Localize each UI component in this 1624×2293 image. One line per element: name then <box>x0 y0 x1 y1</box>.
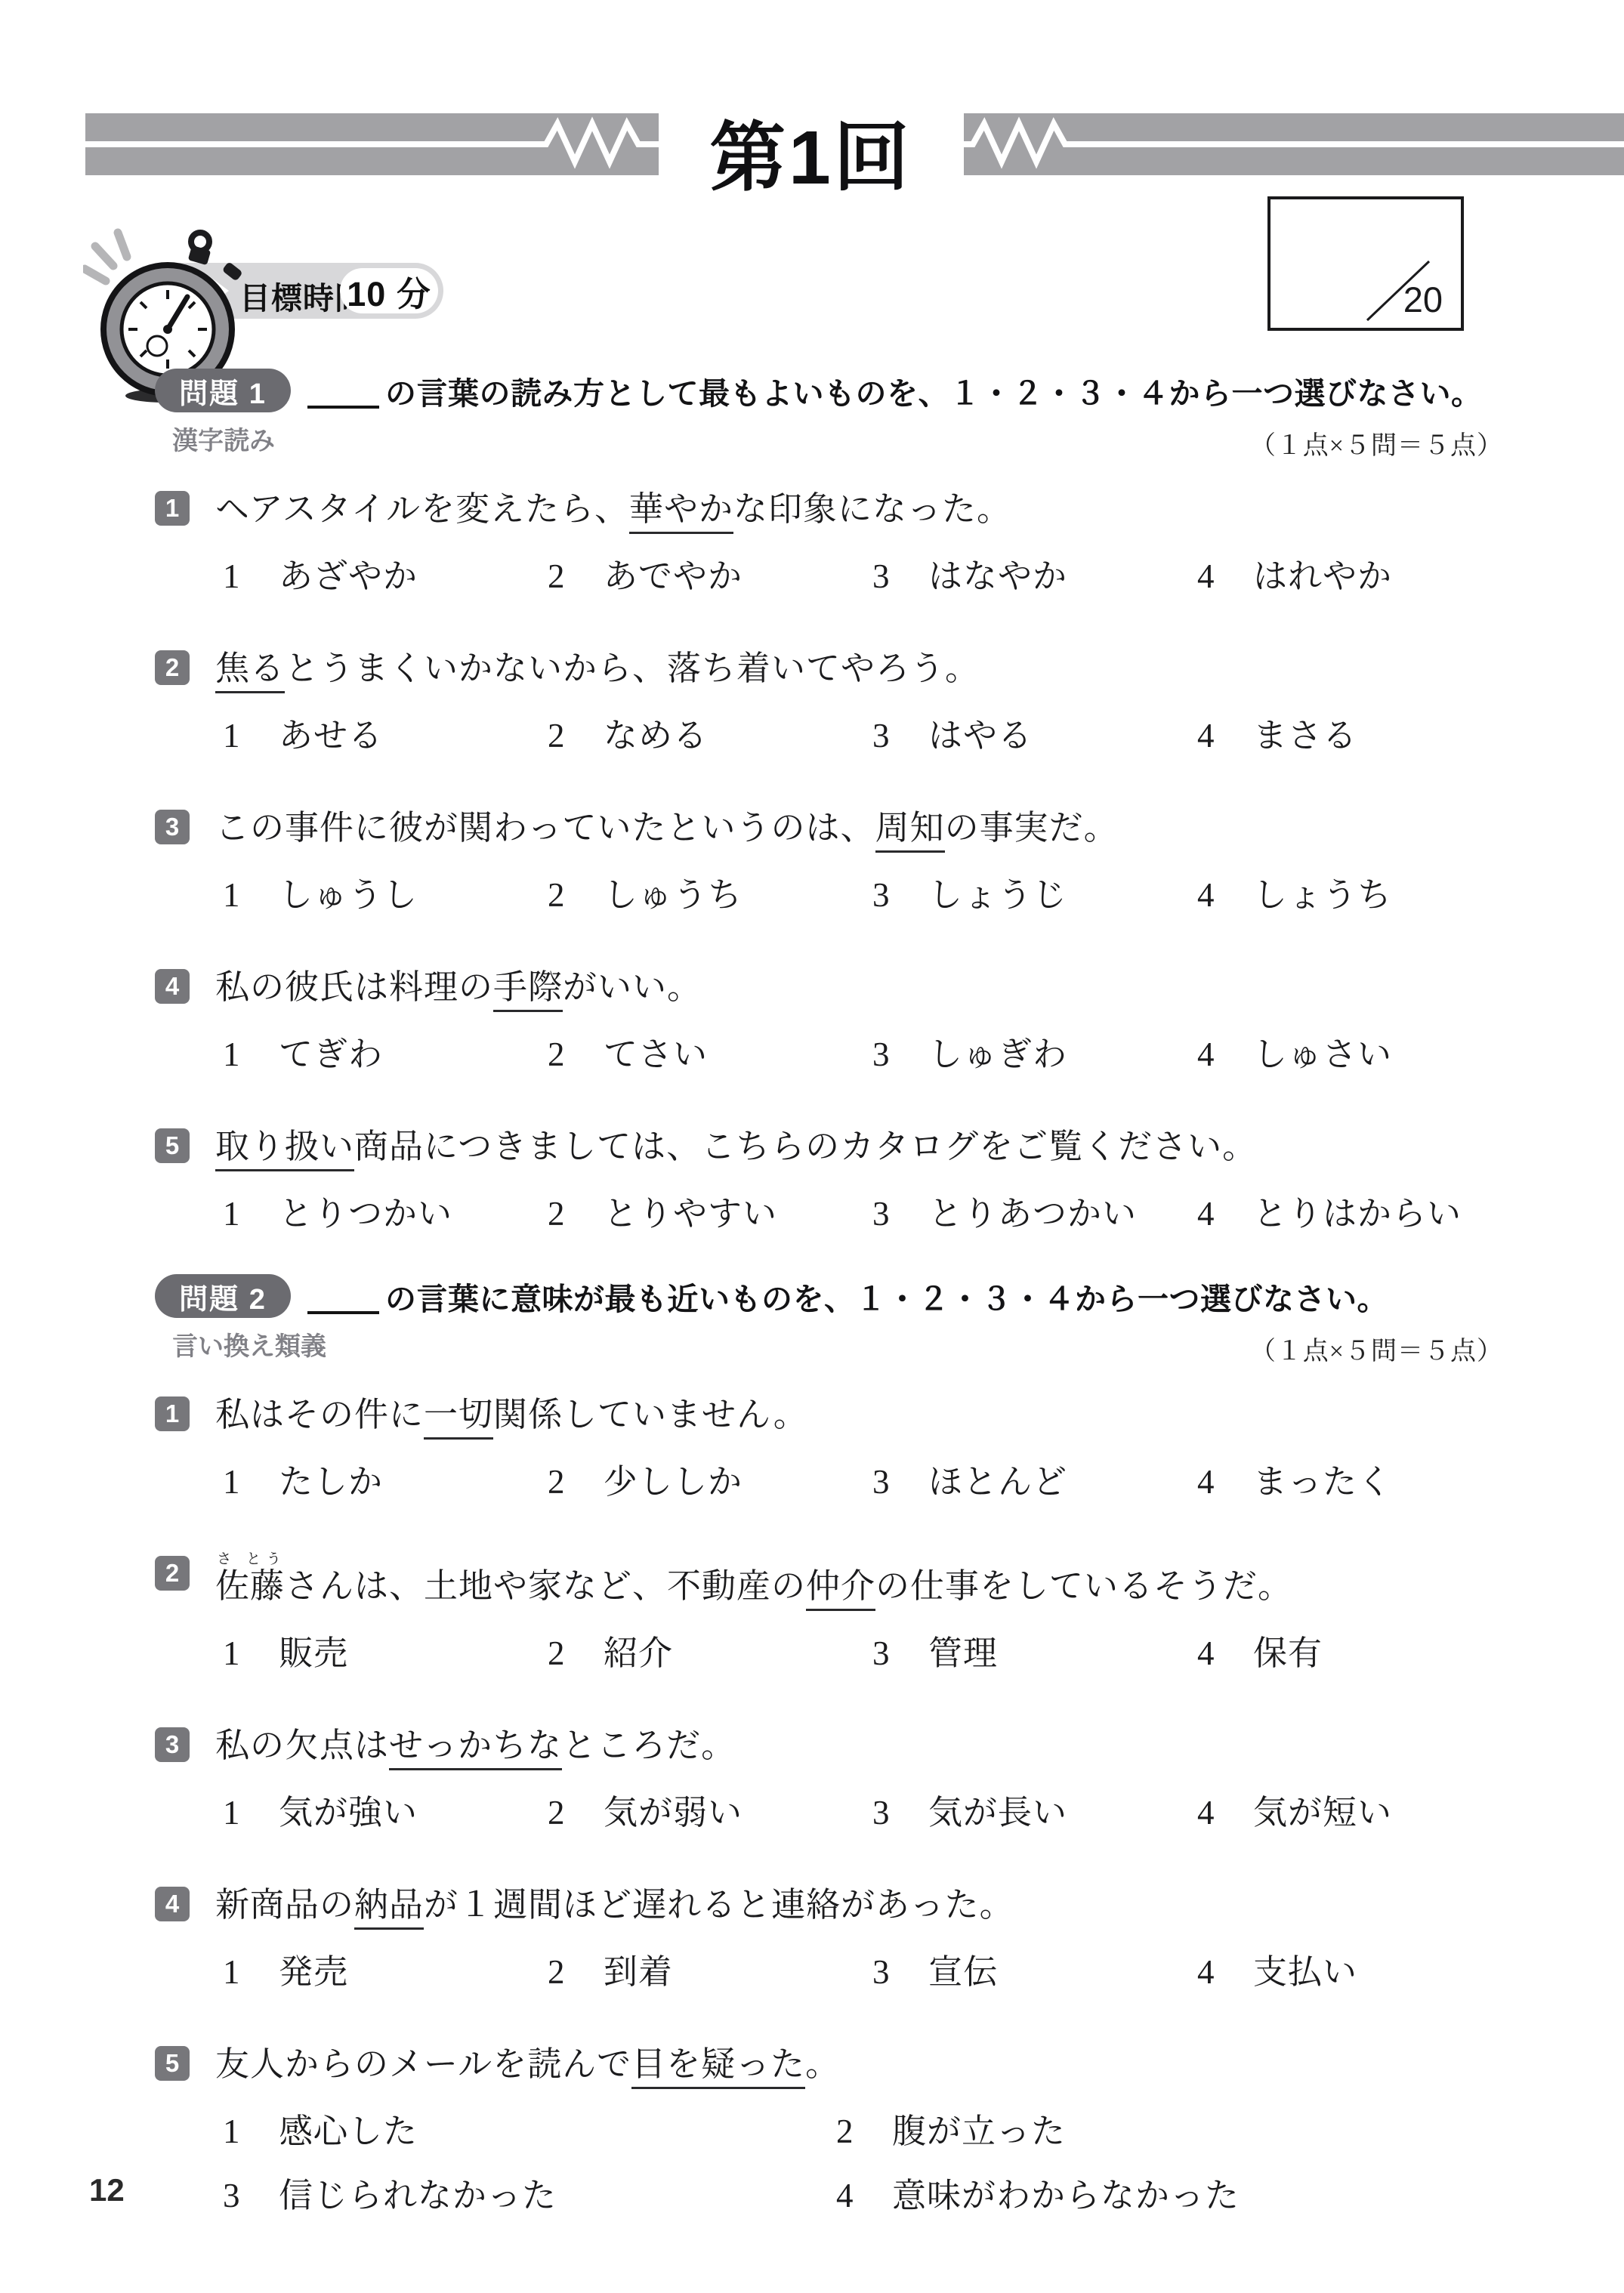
option: 2腹が立った <box>836 2103 1624 2153</box>
option-number: 2 <box>548 557 581 596</box>
sentence-text: 新商品の <box>215 1886 354 1924</box>
option: 2てさい <box>548 1026 872 1076</box>
option-number: 3 <box>872 1952 906 1992</box>
sentence-text: がいい。 <box>563 968 702 1006</box>
option-text: しゅうち <box>604 867 743 916</box>
options-row: 1しゅうし2しゅうち3しょうじ4しょうち <box>223 867 1624 916</box>
option: 2とりやすい <box>548 1186 872 1235</box>
section-subtitle: 言い換え類義 <box>172 1325 326 1363</box>
option-number: 3 <box>872 875 906 915</box>
question-sentence: ヘアスタイルを変えたら、華やかな印象になった。 <box>215 486 1011 532</box>
option-text: あせる <box>279 708 383 757</box>
question-sentence-row: 2佐藤さ とうさんは、土地や家など、不動産の仲介の仕事をしているそうだ。 <box>155 1551 1624 1609</box>
option-number: 3 <box>872 1793 906 1832</box>
question: 5取り扱い商品につきましては、こちらのカタログをご覧ください。1とりつかい2とり… <box>0 1124 1624 1235</box>
underlined-word: 納品 <box>354 1886 424 1930</box>
section-badge: 問題 1 <box>155 369 291 412</box>
sentence-text: の事実だ。 <box>945 809 1119 847</box>
option-text: ほとんど <box>928 1454 1067 1503</box>
option: 2少ししか <box>548 1454 872 1503</box>
option-number: 4 <box>1197 1035 1230 1074</box>
option: 2到着 <box>548 1944 872 1993</box>
question: 1ヘアスタイルを変えたら、華やかな印象になった。1あざやか2あでやか3はなやか4… <box>0 486 1624 597</box>
option-number: 4 <box>1197 1462 1230 1501</box>
options-row: 1とりつかい2とりやすい3とりあつかい4とりはからい <box>223 1186 1624 1235</box>
option: 4まさる <box>1197 708 1624 757</box>
option-number: 1 <box>223 557 256 596</box>
section-points: （１点×５問＝５点） <box>1250 424 1503 461</box>
option-text: 販売 <box>279 1625 348 1674</box>
option-text: 感心した <box>279 2103 418 2153</box>
option-text: とりあつかい <box>928 1186 1137 1235</box>
test-page: 第1回 20 目標時間 10 分 <box>0 0 1624 2293</box>
options-row: 1発売2到着3宣伝4支払い <box>223 1944 1624 1993</box>
question-sentence-row: 4私の彼氏は料理の手際がいい。 <box>155 964 1624 1010</box>
sentence-text: の仕事をしているそうだ。 <box>875 1567 1292 1605</box>
option-text: 到着 <box>604 1944 673 1993</box>
option-number: 4 <box>1197 1952 1230 1992</box>
option-number: 3 <box>872 1035 906 1074</box>
option-number: 3 <box>872 1194 906 1233</box>
option-text: てさい <box>604 1026 708 1076</box>
option-text: 少ししか <box>604 1454 743 1503</box>
option: 1発売 <box>223 1944 548 1993</box>
option-text: たしか <box>279 1454 383 1503</box>
page-title: 第1回 <box>710 97 912 205</box>
option-text: はれやか <box>1253 548 1392 597</box>
option-text: はなやか <box>928 548 1067 597</box>
option-text: てぎわ <box>279 1026 383 1076</box>
option-text: 気が長い <box>928 1785 1067 1834</box>
option-text: まったく <box>1253 1454 1392 1503</box>
option-text: 意味がわからなかった <box>892 2168 1240 2217</box>
option: 4意味がわからなかった <box>836 2168 1624 2217</box>
question-number-badge: 4 <box>155 969 190 1004</box>
sentence-text: とうまくいかないから、落ち着いてやろう。 <box>285 650 980 687</box>
option-text: しゅさい <box>1253 1026 1392 1076</box>
question: 1私はその件に一切関係していません。1たしか2少ししか3ほとんど4まったく <box>0 1392 1624 1503</box>
option: 1とりつかい <box>223 1186 548 1235</box>
underlined-word: せっかちな <box>389 1727 562 1770</box>
option-number: 2 <box>548 875 581 915</box>
option: 3とりあつかい <box>872 1186 1197 1235</box>
underlined-word: 手際 <box>493 968 563 1012</box>
option: 1感心した <box>223 2103 836 2153</box>
sentence-text: が１週間ほど遅れると連絡があった。 <box>424 1886 1014 1924</box>
sentence-text: 。 <box>805 2045 840 2083</box>
option-text: 気が強い <box>279 1785 418 1834</box>
option-text: 信じられなかった <box>279 2168 557 2217</box>
blank-underline <box>307 1278 379 1314</box>
option-number: 1 <box>223 875 256 915</box>
section-subtitle: 漢字読み <box>172 420 275 457</box>
option-number: 4 <box>836 2176 869 2215</box>
option: 4しゅさい <box>1197 1026 1624 1076</box>
question-sentence-row: 5取り扱い商品につきましては、こちらのカタログをご覧ください。 <box>155 1124 1624 1169</box>
option-number: 4 <box>1197 716 1230 755</box>
sentence-text: ところだ。 <box>562 1727 736 1764</box>
option: 2なめる <box>548 708 872 757</box>
sentence-text: 私の彼氏は料理の <box>215 968 493 1006</box>
option: 4気が短い <box>1197 1785 1624 1834</box>
question-sentence: 佐藤さ とうさんは、土地や家など、不動産の仲介の仕事をしているそうだ。 <box>215 1551 1292 1609</box>
section-instruction: の言葉に意味が最も近いものを、１・２・３・４から一つ選びなさい。 <box>385 1274 1388 1319</box>
option: 4はれやか <box>1197 548 1624 597</box>
question-number-badge: 3 <box>155 810 190 844</box>
question-list: 1ヘアスタイルを変えたら、華やかな印象になった。1あざやか2あでやか3はなやか4… <box>0 486 1624 1235</box>
question-sentence-row: 3この事件に彼が関わっていたというのは、周知の事実だ。 <box>155 805 1624 850</box>
option-number: 2 <box>836 2112 869 2151</box>
option-number: 3 <box>872 716 906 755</box>
option-number: 4 <box>1197 1194 1230 1233</box>
option-text: とりつかい <box>279 1186 452 1235</box>
question-number-badge: 5 <box>155 2046 190 2081</box>
question-sentence-row: 5友人からのメールを読んで目を疑った。 <box>155 2041 1624 2087</box>
question-sentence: 焦るとうまくいかないから、落ち着いてやろう。 <box>215 646 980 691</box>
options-row: 1たしか2少ししか3ほとんど4まったく <box>223 1454 1624 1503</box>
underlined-word: 取り扱い <box>215 1128 354 1171</box>
option-number: 1 <box>223 1793 256 1832</box>
question-number-badge: 5 <box>155 1128 190 1163</box>
option: 1たしか <box>223 1454 548 1503</box>
option: 4とりはからい <box>1197 1186 1624 1235</box>
target-time-value-pill: 10 分 <box>340 268 438 313</box>
option-number: 2 <box>548 1035 581 1074</box>
option: 2気が弱い <box>548 1785 872 1834</box>
page-number: 12 <box>89 2172 125 2208</box>
option: 2しゅうち <box>548 867 872 916</box>
option-number: 2 <box>548 1194 581 1233</box>
underlined-word: 焦る <box>215 650 285 693</box>
question-sentence: 私の欠点はせっかちなところだ。 <box>215 1723 736 1768</box>
question-sentence-row: 3私の欠点はせっかちなところだ。 <box>155 1723 1624 1768</box>
underlined-word: 周知 <box>875 809 945 853</box>
question-number-badge: 4 <box>155 1887 190 1921</box>
option: 4しょうち <box>1197 867 1624 916</box>
score-denominator: 20 <box>1403 279 1443 320</box>
question-sentence: 私はその件に一切関係していません。 <box>215 1392 808 1437</box>
option-number: 2 <box>548 1634 581 1673</box>
option-text: あざやか <box>279 548 418 597</box>
question: 5友人からのメールを読んで目を疑った。1感心した2腹が立った3信じられなかった4… <box>0 2041 1624 2217</box>
option: 3宣伝 <box>872 1944 1197 1993</box>
section-badge: 問題 2 <box>155 1274 291 1318</box>
option-text: 腹が立った <box>892 2103 1066 2153</box>
option-text: しょうじ <box>928 867 1067 916</box>
question-sentence: 取り扱い商品につきましては、こちらのカタログをご覧ください。 <box>215 1124 1257 1169</box>
option-number: 1 <box>223 2112 256 2151</box>
header-bar-left <box>85 113 659 175</box>
option-text: 紹介 <box>604 1625 673 1674</box>
section-instruction: の言葉の読み方として最もよいものを、１・２・３・４から一つ選びなさい。 <box>385 369 1483 413</box>
section-points: （１点×５問＝５点） <box>1250 1330 1503 1367</box>
option-text: まさる <box>1253 708 1357 757</box>
sentence-text: ヘアスタイルを変えたら、 <box>215 490 629 528</box>
underlined-word: 華やか <box>629 490 733 534</box>
option-number: 1 <box>223 1634 256 1673</box>
sentence-text: な印象になった。 <box>733 490 1011 528</box>
option: 3管理 <box>872 1625 1197 1674</box>
sentence-text: 私はその件に <box>215 1396 424 1434</box>
option-number: 1 <box>223 1194 256 1233</box>
option-text: 支払い <box>1253 1944 1357 1993</box>
option: 2あでやか <box>548 548 872 597</box>
option-text: 保有 <box>1253 1625 1323 1674</box>
question-sentence-row: 2焦るとうまくいかないから、落ち着いてやろう。 <box>155 646 1624 691</box>
option-number: 3 <box>872 557 906 596</box>
question-sentence-row: 1私はその件に一切関係していません。 <box>155 1392 1624 1437</box>
question-sentence: 新商品の納品が１週間ほど遅れると連絡があった。 <box>215 1882 1014 1927</box>
option-number: 2 <box>548 1462 581 1501</box>
options-row: 1販売2紹介3管理4保有 <box>223 1625 1624 1674</box>
question-sentence-row: 4新商品の納品が１週間ほど遅れると連絡があった。 <box>155 1882 1624 1927</box>
option: 3気が長い <box>872 1785 1197 1834</box>
question-number-badge: 3 <box>155 1727 190 1762</box>
question: 2焦るとうまくいかないから、落ち着いてやろう。1あせる2なめる3はやる4まさる <box>0 646 1624 757</box>
option: 4まったく <box>1197 1454 1624 1503</box>
option-text: しゅぎわ <box>928 1026 1067 1076</box>
option: 3はやる <box>872 708 1197 757</box>
question: 3私の欠点はせっかちなところだ。1気が強い2気が弱い3気が長い4気が短い <box>0 1723 1624 1834</box>
option: 3しょうじ <box>872 867 1197 916</box>
option-text: とりやすい <box>604 1186 777 1235</box>
question-number-badge: 1 <box>155 1396 190 1431</box>
option: 4支払い <box>1197 1944 1624 1993</box>
option-text: 管理 <box>928 1625 998 1674</box>
content-column: 問題 1 の言葉の読み方として最もよいものを、１・２・３・４から一つ選びなさい。… <box>0 363 1624 2217</box>
underlined-word: 一切 <box>424 1396 493 1440</box>
option-number: 1 <box>223 1462 256 1501</box>
option: 1販売 <box>223 1625 548 1674</box>
option: 1しゅうし <box>223 867 548 916</box>
option: 1てぎわ <box>223 1026 548 1076</box>
options-row: 1あざやか2あでやか3はなやか4はれやか <box>223 548 1624 597</box>
question: 2佐藤さ とうさんは、土地や家など、不動産の仲介の仕事をしているそうだ。1販売2… <box>0 1551 1624 1674</box>
option: 2紹介 <box>548 1625 872 1674</box>
options-row: 1てぎわ2てさい3しゅぎわ4しゅさい <box>223 1026 1624 1076</box>
options-row: 1あせる2なめる3はやる4まさる <box>223 708 1624 757</box>
option-number: 3 <box>223 2176 256 2215</box>
option-number: 3 <box>872 1462 906 1501</box>
question: 3この事件に彼が関わっていたというのは、周知の事実だ。1しゅうし2しゅうち3しょ… <box>0 805 1624 916</box>
question: 4新商品の納品が１週間ほど遅れると連絡があった。1発売2到着3宣伝4支払い <box>0 1882 1624 1993</box>
option-number: 2 <box>548 716 581 755</box>
options-row: 1気が強い2気が弱い3気が長い4気が短い <box>223 1785 1624 1834</box>
option-number: 4 <box>1197 557 1230 596</box>
option: 3ほとんど <box>872 1454 1197 1503</box>
option-number: 1 <box>223 1035 256 1074</box>
question-list: 1私はその件に一切関係していません。1たしか2少ししか3ほとんど4まったく2佐藤… <box>0 1392 1624 2217</box>
question-sentence-row: 1ヘアスタイルを変えたら、華やかな印象になった。 <box>155 486 1624 532</box>
option-text: しょうち <box>1253 867 1392 916</box>
blank-underline <box>307 372 379 409</box>
question-sentence: 友人からのメールを読んで目を疑った。 <box>215 2041 840 2087</box>
ruby-word: 佐藤さ とう <box>215 1567 285 1605</box>
question-number-badge: 1 <box>155 491 190 526</box>
option-text: 宣伝 <box>928 1944 998 1993</box>
option-text: 気が弱い <box>604 1785 743 1834</box>
option: 3はなやか <box>872 548 1197 597</box>
option: 4保有 <box>1197 1625 1624 1674</box>
sentence-text: 関係していません。 <box>493 1396 808 1434</box>
option: 3信じられなかった <box>223 2168 836 2217</box>
option-number: 4 <box>1197 1634 1230 1673</box>
question-sentence: この事件に彼が関わっていたというのは、周知の事実だ。 <box>215 805 1119 850</box>
target-time-value: 10 分 <box>347 267 431 316</box>
option: 3しゅぎわ <box>872 1026 1197 1076</box>
question-sentence: 私の彼氏は料理の手際がいい。 <box>215 964 702 1010</box>
option: 1気が強い <box>223 1785 548 1834</box>
sentence-text: さんは、土地や家など、不動産の <box>285 1567 806 1605</box>
option-text: なめる <box>604 708 708 757</box>
option-text: はやる <box>928 708 1033 757</box>
option-text: 発売 <box>279 1944 348 1993</box>
underlined-word: 目を疑った <box>631 2045 805 2089</box>
question-number-badge: 2 <box>155 1556 190 1591</box>
option-text: とりはからい <box>1253 1186 1462 1235</box>
option: 1あせる <box>223 708 548 757</box>
sentence-text: この事件に彼が関わっていたというのは、 <box>215 809 875 847</box>
question: 4私の彼氏は料理の手際がいい。1てぎわ2てさい3しゅぎわ4しゅさい <box>0 964 1624 1076</box>
option-number: 1 <box>223 1952 256 1992</box>
underlined-word: 仲介 <box>806 1567 875 1611</box>
score-box: 20 <box>1267 196 1464 331</box>
option-text: 気が短い <box>1253 1785 1392 1834</box>
header-bar-right <box>964 113 1624 175</box>
sentence-text: 友人からのメールを読んで <box>215 2045 631 2083</box>
option-number: 2 <box>548 1793 581 1832</box>
question-number-badge: 2 <box>155 650 190 685</box>
option-number: 1 <box>223 716 256 755</box>
option-text: しゅうし <box>279 867 418 916</box>
option-number: 3 <box>872 1634 906 1673</box>
option-number: 2 <box>548 1952 581 1992</box>
sentence-text: 私の欠点は <box>215 1727 389 1764</box>
sentence-text: 商品につきましては、こちらのカタログをご覧ください。 <box>354 1128 1257 1165</box>
section-mondai-1: 問題 1 の言葉の読み方として最もよいものを、１・２・３・４から一つ選びなさい。… <box>0 369 1624 1235</box>
option-number: 4 <box>1197 1793 1230 1832</box>
option-number: 4 <box>1197 875 1230 915</box>
options-row: 1感心した2腹が立った3信じられなかった4意味がわからなかった <box>223 2103 1624 2217</box>
option-text: あでやか <box>604 548 743 597</box>
option: 1あざやか <box>223 548 548 597</box>
section-mondai-2: 問題 2 の言葉に意味が最も近いものを、１・２・３・４から一つ選びなさい。 言い… <box>0 1274 1624 2217</box>
